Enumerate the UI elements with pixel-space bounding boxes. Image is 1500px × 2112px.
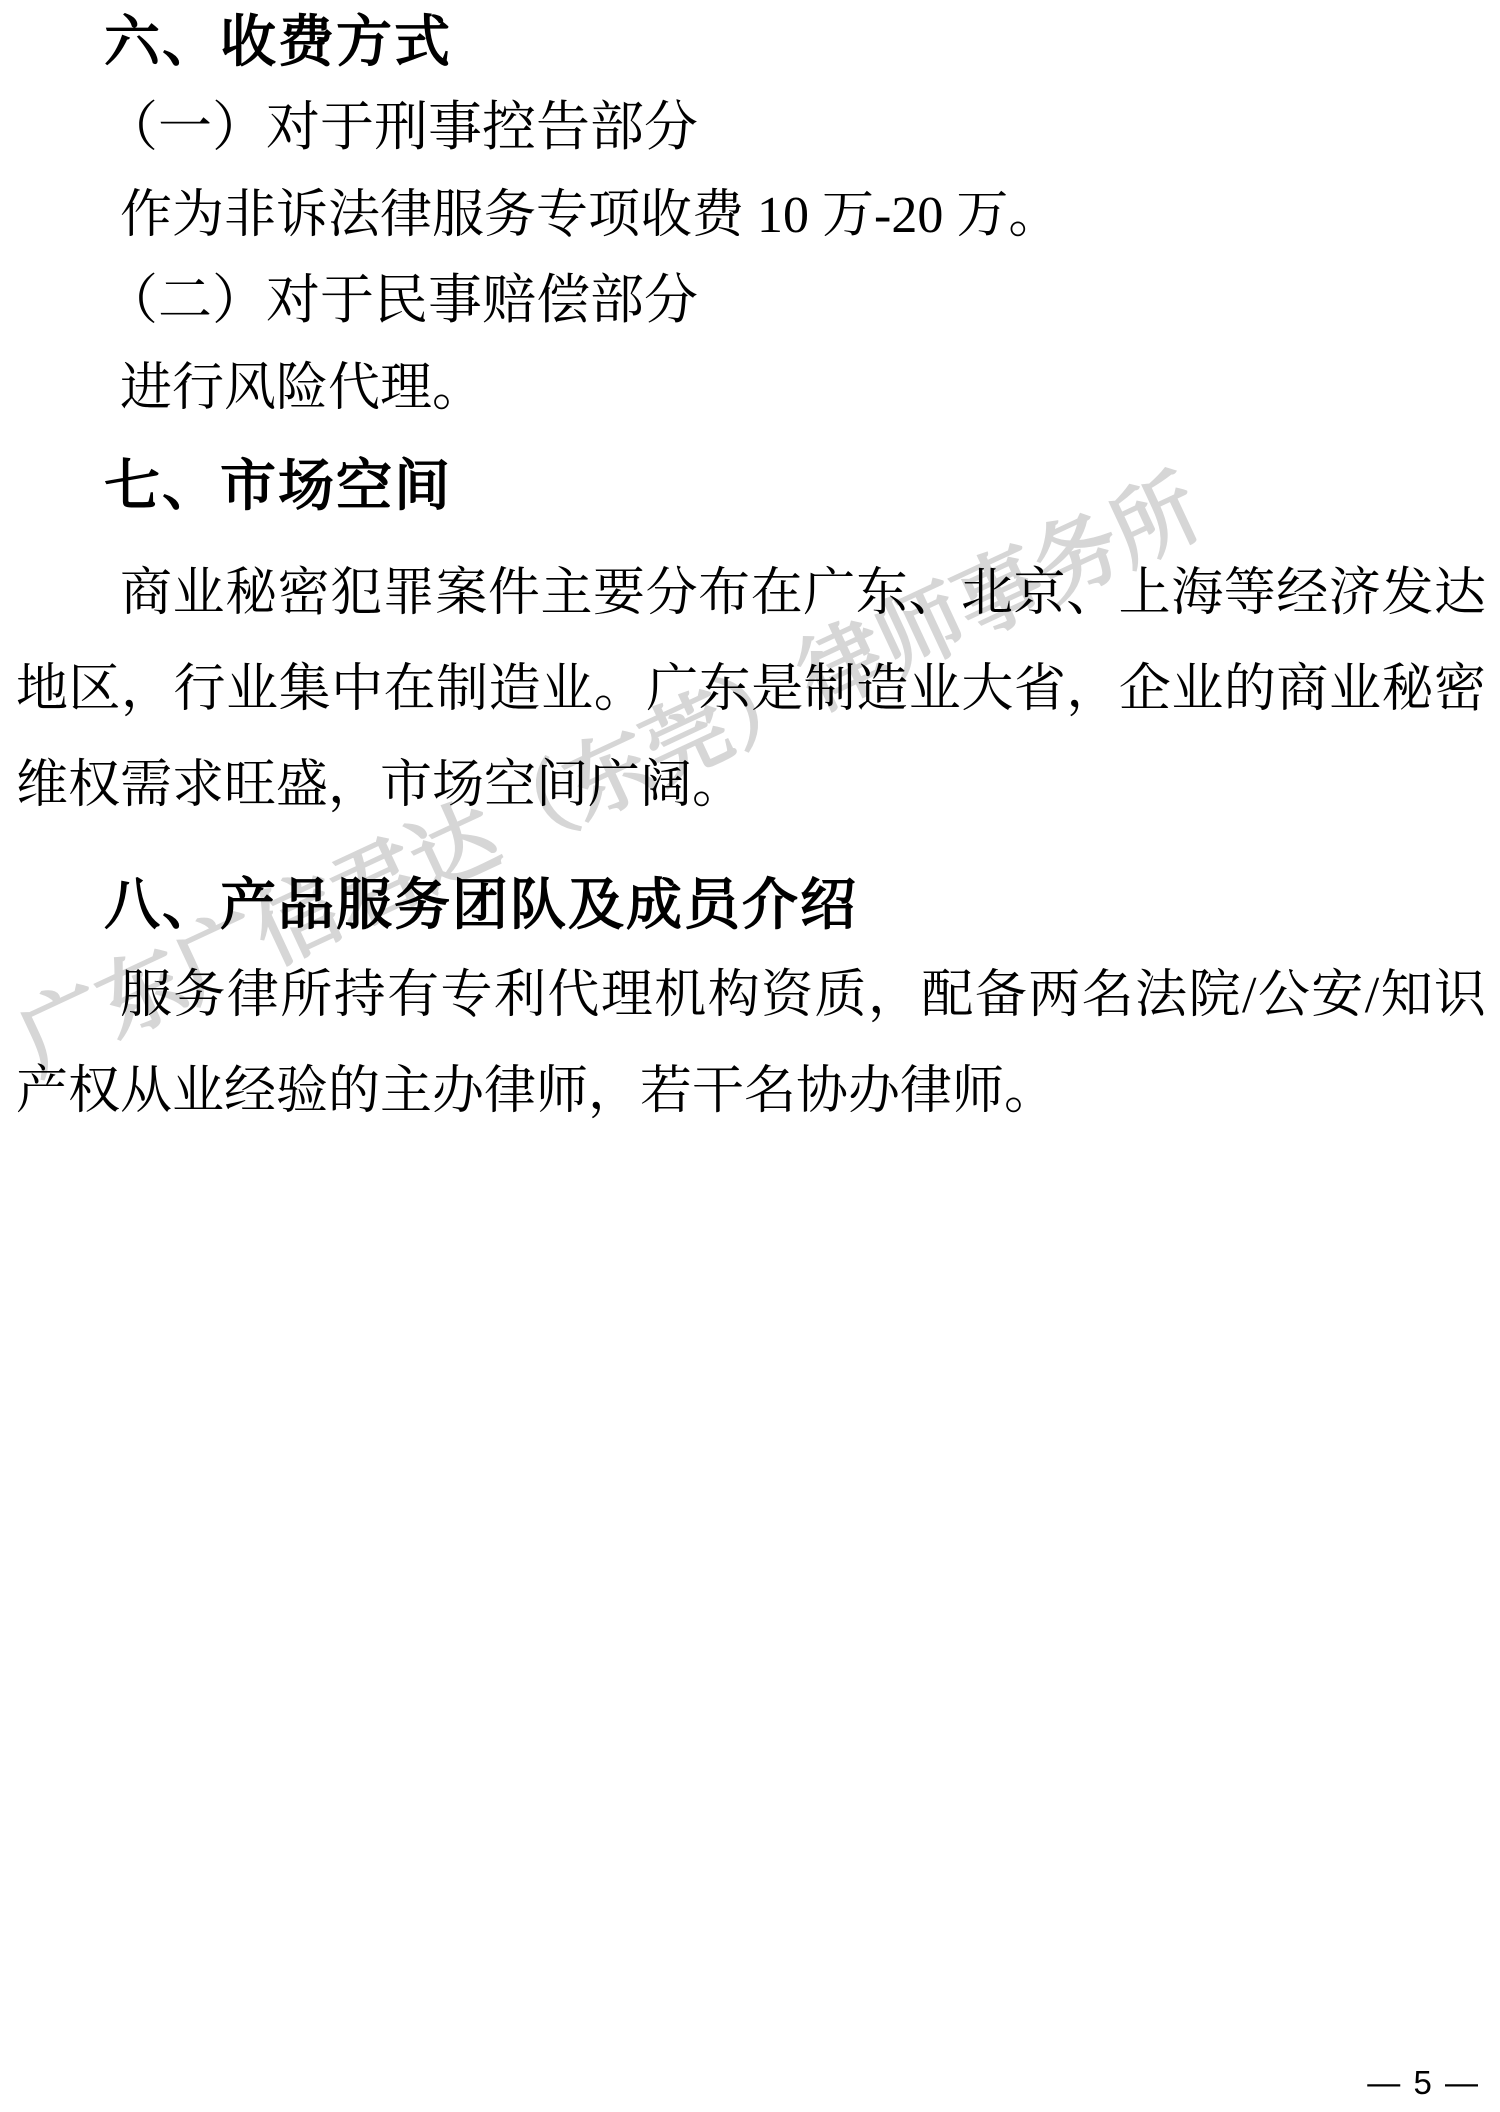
section-heading-market-space: 七、市场空间: [16, 451, 1486, 521]
paragraph-risk-agency: 进行风险代理。: [16, 354, 1486, 424]
subsection-heading-civil-compensation: （二）对于民事赔偿部分: [16, 265, 1486, 335]
section-heading-fee-method: 六、收费方式: [16, 7, 1486, 77]
page-content: 六、收费方式 （一）对于刑事控告部分 作为非诉法律服务专项收费 10 万-20 …: [0, 0, 1500, 2112]
section-heading-team-introduction: 八、产品服务团队及成员介绍: [16, 870, 1486, 940]
page-number: — 5 —: [1367, 2064, 1480, 2102]
paragraph-market-description: 商业秘密犯罪案件主要分布在广东、北京、上海等经济发达地区，行业集中在制造业。广东…: [16, 546, 1486, 834]
paragraph-team-description: 服务律所持有专利代理机构资质，配备两名法院/公安/知识产权从业经验的主办律师，若…: [16, 948, 1486, 1140]
subsection-heading-criminal-complaint: （一）对于刑事控告部分: [16, 92, 1486, 162]
paragraph-fee-amount: 作为非诉法律服务专项收费 10 万-20 万。: [16, 181, 1486, 251]
document-page: 广东广信君达（东莞）律师事务所 六、收费方式 （一）对于刑事控告部分 作为非诉法…: [0, 0, 1500, 2112]
